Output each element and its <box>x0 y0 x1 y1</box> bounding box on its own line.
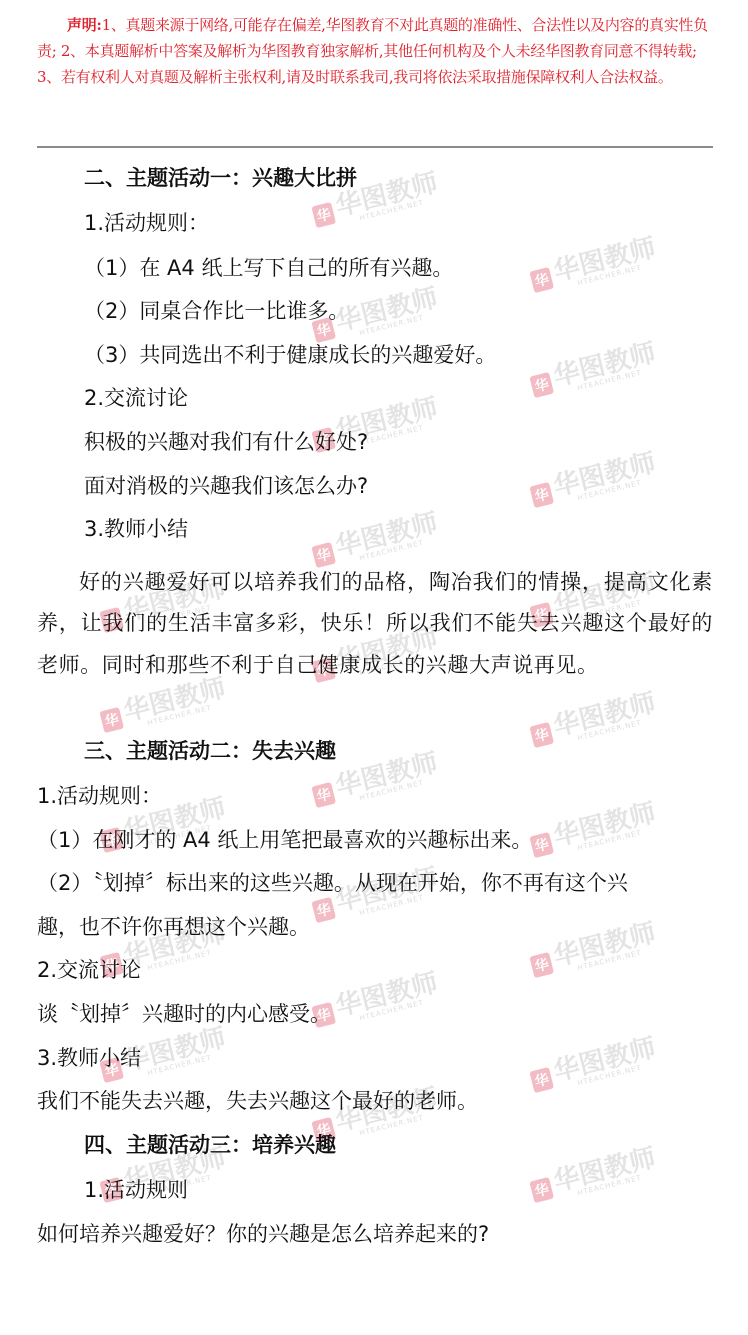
watermark-logo-icon: 华 <box>529 481 554 507</box>
question-text: 如何培养兴趣爱好？你的兴趣是怎么培养起来的? <box>37 1219 489 1249</box>
watermark-logo-icon: 华 <box>311 781 336 807</box>
watermark-logo-icon: 华 <box>99 706 124 732</box>
watermark-logo-icon: 华 <box>529 1176 554 1202</box>
question-text: 面对消极的兴趣我们该怎么办? <box>84 471 368 501</box>
disclaimer-text: 1、真题来源于网络,可能存在偏差,华图教育不对此真题的准确性、合法性以及内容的真… <box>37 16 708 86</box>
watermark-logo-icon: 华 <box>529 831 554 857</box>
section-heading: 四、主题活动三：培养兴趣 <box>84 1130 336 1160</box>
divider <box>37 146 713 148</box>
section-heading: 三、主题活动二：失去兴趣 <box>84 736 336 766</box>
watermark: 华华图教师HTEACHER.NET <box>528 920 660 983</box>
subheading: 1.活动规则 <box>84 1175 188 1205</box>
watermark-logo-icon: 华 <box>529 371 554 397</box>
question-text: 积极的兴趣对我们有什么好处? <box>84 427 368 457</box>
watermark-logo-icon: 华 <box>529 951 554 977</box>
disclaimer-label: 声明: <box>67 16 102 34</box>
watermark-logo-icon: 华 <box>311 201 336 227</box>
subheading: 2.交流讨论 <box>84 383 188 413</box>
subheading: 3.教师小结 <box>84 514 188 544</box>
subheading: 1.活动规则： <box>37 781 162 811</box>
subheading: 1.活动规则： <box>84 208 209 238</box>
list-item: （1）在刚才的 A4 纸上用笔把最喜欢的兴趣标出来。 <box>37 825 532 855</box>
watermark: 华华图教师HTEACHER.NET <box>528 235 660 298</box>
watermark: 华华图教师HTEACHER.NET <box>528 450 660 513</box>
discussion-text: 谈〝划掉〞兴趣时的内心感受。 <box>37 999 331 1029</box>
watermark: 华华图教师HTEACHER.NET <box>528 690 660 753</box>
list-item-continued: 趣，也不许你再想这个兴趣。 <box>37 912 310 942</box>
watermark-logo-icon: 华 <box>311 896 336 922</box>
list-item: （2）〝划掉〞标出来的这些兴趣。从现在开始，你不再有这个兴 <box>37 868 628 898</box>
document-page: 华华图教师HTEACHER.NET 华华图教师HTEACHER.NET 华华图教… <box>0 0 748 1335</box>
watermark: 华华图教师HTEACHER.NET <box>528 340 660 403</box>
watermark-logo-icon: 华 <box>529 266 554 292</box>
list-item: （3）共同选出不利于健康成长的兴趣爱好。 <box>84 340 496 370</box>
disclaimer: 声明:1、真题来源于网络,可能存在偏差,华图教育不对此真题的准确性、合法性以及内… <box>37 12 713 90</box>
list-item: （1）在 A4 纸上写下自己的所有兴趣。 <box>84 253 453 283</box>
subheading: 2.交流讨论 <box>37 955 141 985</box>
watermark-logo-icon: 华 <box>529 721 554 747</box>
watermark-logo-icon: 华 <box>529 1066 554 1092</box>
subheading: 3.教师小结 <box>37 1043 141 1073</box>
section-heading: 二、主题活动一：兴趣大比拼 <box>84 163 357 193</box>
watermark: 华华图教师HTEACHER.NET <box>528 800 660 863</box>
watermark: 华华图教师HTEACHER.NET <box>528 1035 660 1098</box>
list-item: （2）同桌合作比一比谁多。 <box>84 296 349 326</box>
watermark: 华华图教师HTEACHER.NET <box>528 1145 660 1208</box>
summary-text: 我们不能失去兴趣，失去兴趣这个最好的老师。 <box>37 1086 478 1116</box>
summary-paragraph: 好的兴趣爱好可以培养我们的品格，陶冶我们的情操，提高文化素养，让我们的生活丰富多… <box>37 562 713 686</box>
